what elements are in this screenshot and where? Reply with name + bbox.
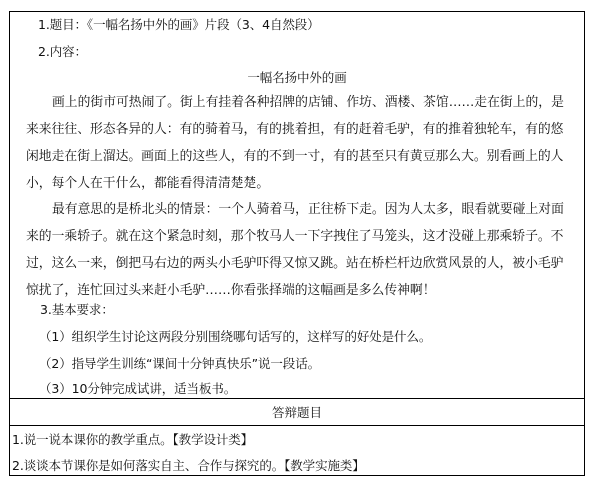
defense-question: 2.谈谈本节课你是如何落实自主、合作与探究的。【教学实施类】 xyxy=(12,458,365,474)
passage-title: 一幅名扬中外的画 xyxy=(10,70,584,86)
topic-line: 1.题目：《一幅名扬中外的画》片段（3、4自然段） xyxy=(38,17,320,33)
defense-header: 答辩题目 xyxy=(10,399,584,426)
task-cell: 1.题目：《一幅名扬中外的画》片段（3、4自然段） 2.内容： 一幅名扬中外的画… xyxy=(10,12,584,399)
requirement-item: （1）组织学生讨论这两段分别围绕哪句话写的，这样写的好处是什么。 xyxy=(39,329,431,345)
paragraph-1: 画上的街市可热闹了。街上有挂着各种招牌的店铺、作坊、酒楼、茶馆……走在街上的，是… xyxy=(26,89,570,197)
requirement-item: （2）指导学生训练“课间十分钟真快乐”说一段话。 xyxy=(39,356,320,372)
defense-questions: 1.说一说本课你的教学重点。【教学设计类】 2.谈谈本节课你是如何落实自主、合作… xyxy=(10,426,584,475)
requirement-item: （3）10分钟完成试讲，适当板书。 xyxy=(39,381,236,397)
requirements-label: 3.基本要求： xyxy=(40,302,114,318)
paragraph-2: 最有意思的是桥北头的情景：一个人骑着马，正往桥下走。因为人太多，眼看就要碰上对面… xyxy=(26,196,570,304)
exam-table: 1.题目：《一幅名扬中外的画》片段（3、4自然段） 2.内容： 一幅名扬中外的画… xyxy=(9,11,585,476)
content-label: 2.内容： xyxy=(38,44,87,60)
defense-question: 1.说一说本课你的教学重点。【教学设计类】 xyxy=(12,432,253,448)
